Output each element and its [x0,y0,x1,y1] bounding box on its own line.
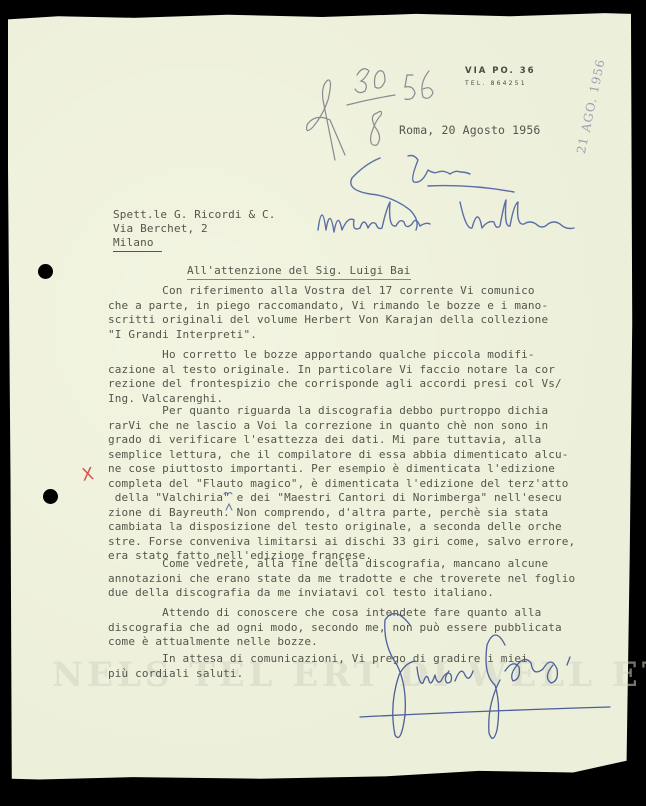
body-line: "I Grandi Interpreti". [108,328,548,343]
punch-hole-top [38,264,53,279]
insertion-caret-mark [220,490,240,514]
punch-hole-bottom [43,489,58,504]
recipient-line-1: Spett.le G. Ricordi & C. [113,208,276,223]
body-line: rarVi che ne lascio a Voi la correzione … [108,419,575,434]
handwritten-signature [355,605,615,745]
body-line: annotazioni che erano state da me tradot… [108,572,575,587]
body-line: rezione del frontespizio che corrisponde… [108,377,562,392]
body-line: grado di verificare l'esattezza dei dati… [108,433,575,448]
paragraph-2: Ho corretto le bozze apportando qualche … [108,348,562,406]
body-line: zione di Bayreuth. Non comprendo, d'altr… [108,506,575,521]
paragraph-4: Come vedrete, alla fine della discografi… [108,557,575,601]
body-line: Ho corretto le bozze apportando qualche … [108,348,562,363]
paragraph-3: Per quanto riguarda la discografia debbo… [108,404,575,564]
body-line: ne cose piuttosto importanti. Per esempi… [108,462,575,477]
body-line: scritti originali del volume Herbert Von… [108,313,548,328]
paragraph-1: Con riferimento alla Vostra del 17 corre… [108,284,548,342]
body-line: Con riferimento alla Vostra del 17 corre… [108,284,548,299]
letter-date: Roma, 20 Agosto 1956 [399,123,540,138]
body-line: Per quanto riguarda la discografia debbo… [108,404,575,419]
recipient-city: Milano [113,236,162,252]
body-line: semplice lettura, che il compilatore di … [108,448,575,463]
body-line: della "Valchiria" e dei "Maestri Cantori… [108,491,575,506]
body-line: cazione al testo originale. In particola… [108,363,562,378]
pencil-reference-mark [295,55,455,165]
body-line: stre. Forse conveniva limitarsi ai disch… [108,535,575,550]
body-line: che a parte, in piego raccomandato, Vi r… [108,299,548,314]
body-line: due della discografia da me inviatavi co… [108,586,575,601]
body-line: cambiata la disposizione del testo origi… [108,520,575,535]
body-line: Come vedrete, alla fine della discografi… [108,557,575,572]
recipient-line-2: Via Berchet, 2 [113,222,208,237]
letterhead-address: VIA PO. 36 [465,66,536,76]
body-line: completa del "Flauto magico", è dimentic… [108,477,575,492]
handwritten-name-annotation [310,150,590,240]
letterhead-phone: TEL. 864251 [465,80,527,87]
attention-line: All'attenzione del Sig. Luigi Bai [187,264,411,280]
